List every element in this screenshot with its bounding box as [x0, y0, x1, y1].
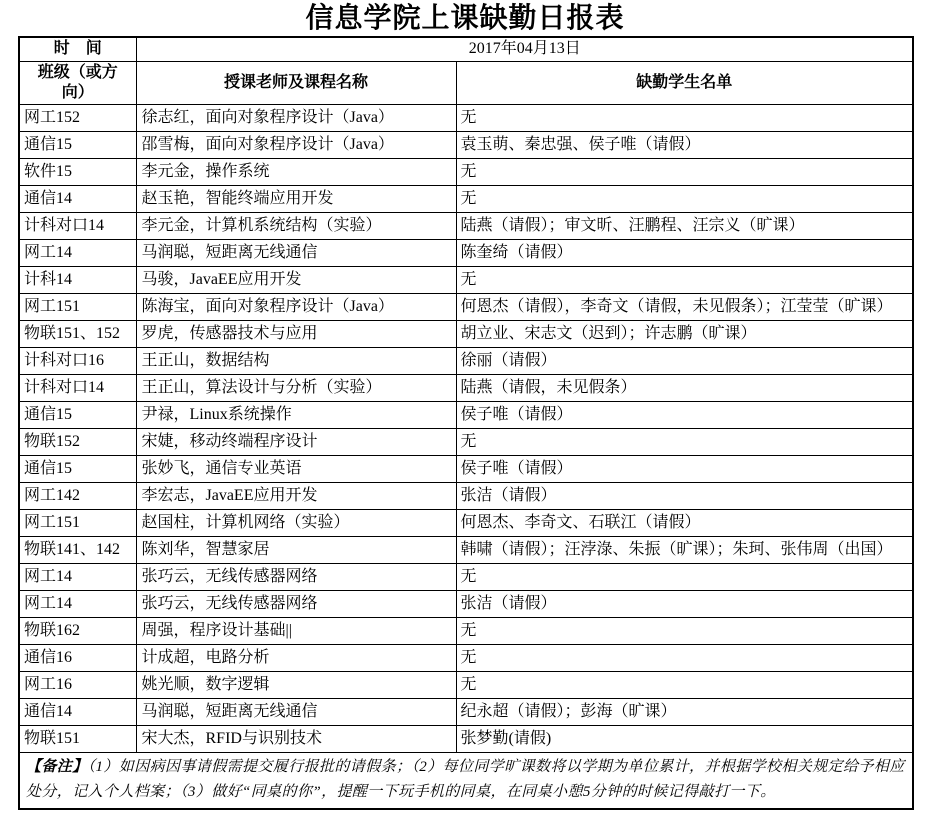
class-cell: 计科对口14 [19, 212, 136, 239]
footer-text: （1）如因病因事请假需提交履行报批的请假条；（2）每位同学旷课数将以学期为单位累… [26, 759, 905, 801]
class-cell: 物联151 [19, 725, 136, 752]
class-cell: 通信16 [19, 644, 136, 671]
class-cell: 计科对口14 [19, 374, 136, 401]
report-page: 信息学院上课缺勤日报表 时 间 2017年04月13日 班级（或方向） 授课老师… [0, 0, 930, 826]
absent-students-cell: 徐丽（请假） [456, 347, 913, 374]
table-row: 计科14 马骏，JavaEE应用开发 无 [19, 266, 913, 293]
absent-students-cell: 胡立业、宋志文（迟到）；许志鹏（旷课） [456, 320, 913, 347]
teacher-course-cell: 计成超，电路分析 [136, 644, 456, 671]
absent-students-cell: 纪永超（请假）；彭海（旷课） [456, 698, 913, 725]
footer-note-cell: 【备注】（1）如因病因事请假需提交履行报批的请假条；（2）每位同学旷课数将以学期… [19, 752, 913, 809]
date-value: 2017年04月13日 [136, 37, 913, 61]
table-footer: 【备注】（1）如因病因事请假需提交履行报批的请假条；（2）每位同学旷课数将以学期… [19, 752, 913, 809]
time-label: 时 间 [19, 37, 136, 61]
teacher-course-cell: 王正山，算法设计与分析（实验） [136, 374, 456, 401]
col-header-teacher: 授课老师及课程名称 [136, 61, 456, 104]
table-row: 软件15 李元金，操作系统 无 [19, 158, 913, 185]
teacher-course-cell: 马润聪，短距离无线通信 [136, 239, 456, 266]
absent-students-cell: 陆燕（请假，未见假条） [456, 374, 913, 401]
column-header-row: 班级（或方向） 授课老师及课程名称 缺勤学生名单 [19, 61, 913, 104]
class-cell: 网工142 [19, 482, 136, 509]
teacher-course-cell: 王正山，数据结构 [136, 347, 456, 374]
absent-students-cell: 无 [456, 428, 913, 455]
absent-students-cell: 张洁（请假） [456, 590, 913, 617]
teacher-course-cell: 李元金，操作系统 [136, 158, 456, 185]
absent-students-cell: 陆燕（请假）；审文昕、汪鹏程、汪宗义（旷课） [456, 212, 913, 239]
teacher-course-cell: 宋大杰，RFID与识别技术 [136, 725, 456, 752]
table-row: 网工14 马润聪，短距离无线通信 陈奎绮（请假） [19, 239, 913, 266]
class-cell: 网工16 [19, 671, 136, 698]
absent-students-cell: 何恩杰、李奇文、石联江（请假） [456, 509, 913, 536]
class-cell: 网工151 [19, 293, 136, 320]
col-header-absent: 缺勤学生名单 [456, 61, 913, 104]
teacher-course-cell: 尹禄，Linux系统操作 [136, 401, 456, 428]
class-cell: 物联141、142 [19, 536, 136, 563]
attendance-table: 时 间 2017年04月13日 班级（或方向） 授课老师及课程名称 缺勤学生名单… [18, 36, 914, 810]
class-cell: 物联162 [19, 617, 136, 644]
teacher-course-cell: 李元金，计算机系统结构（实验） [136, 212, 456, 239]
class-cell: 网工151 [19, 509, 136, 536]
teacher-course-cell: 张妙飞，通信专业英语 [136, 455, 456, 482]
table-row: 通信15 尹禄，Linux系统操作 侯子唯（请假） [19, 401, 913, 428]
class-cell: 网工14 [19, 563, 136, 590]
class-cell: 软件15 [19, 158, 136, 185]
absent-students-cell: 侯子唯（请假） [456, 455, 913, 482]
page-title: 信息学院上课缺勤日报表 [0, 0, 930, 36]
table-row: 通信16 计成超，电路分析 无 [19, 644, 913, 671]
teacher-course-cell: 马润聪，短距离无线通信 [136, 698, 456, 725]
table-row: 网工142 李宏志，JavaEE应用开发 张洁（请假） [19, 482, 913, 509]
absent-students-cell: 无 [456, 158, 913, 185]
class-cell: 网工14 [19, 239, 136, 266]
absent-students-cell: 张梦勤(请假) [456, 725, 913, 752]
table-row: 计科对口14 王正山，算法设计与分析（实验） 陆燕（请假，未见假条） [19, 374, 913, 401]
class-cell: 网工14 [19, 590, 136, 617]
table-row: 网工152 徐志红，面向对象程序设计（Java） 无 [19, 104, 913, 131]
table-row: 物联162 周强，程序设计基础|| 无 [19, 617, 913, 644]
table-row: 网工16 姚光顺，数字逻辑 无 [19, 671, 913, 698]
absent-students-cell: 无 [456, 266, 913, 293]
table-row: 物联151 宋大杰，RFID与识别技术 张梦勤(请假) [19, 725, 913, 752]
table-row: 通信15 邵雪梅，面向对象程序设计（Java） 袁玉萌、秦忠强、侯子唯（请假） [19, 131, 913, 158]
teacher-course-cell: 邵雪梅，面向对象程序设计（Java） [136, 131, 456, 158]
table-row: 网工151 陈海宝，面向对象程序设计（Java） 何恩杰（请假），李奇文（请假，… [19, 293, 913, 320]
table-row: 通信15 张妙飞，通信专业英语 侯子唯（请假） [19, 455, 913, 482]
table-row: 计科对口16 王正山，数据结构 徐丽（请假） [19, 347, 913, 374]
time-row: 时 间 2017年04月13日 [19, 37, 913, 61]
teacher-course-cell: 徐志红，面向对象程序设计（Java） [136, 104, 456, 131]
teacher-course-cell: 宋婕，移动终端程序设计 [136, 428, 456, 455]
table-body: 网工152 徐志红，面向对象程序设计（Java） 无 通信15 邵雪梅，面向对象… [19, 104, 913, 752]
class-cell: 物联151、152 [19, 320, 136, 347]
teacher-course-cell: 张巧云，无线传感器网络 [136, 590, 456, 617]
teacher-course-cell: 李宏志，JavaEE应用开发 [136, 482, 456, 509]
table-header: 时 间 2017年04月13日 班级（或方向） 授课老师及课程名称 缺勤学生名单 [19, 37, 913, 104]
teacher-course-cell: 张巧云，无线传感器网络 [136, 563, 456, 590]
class-cell: 通信14 [19, 185, 136, 212]
absent-students-cell: 无 [456, 104, 913, 131]
table-row: 物联152 宋婕，移动终端程序设计 无 [19, 428, 913, 455]
absent-students-cell: 韩啸（请假）；汪浡淥、朱振（旷课）；朱珂、张伟周（出国） [456, 536, 913, 563]
absent-students-cell: 无 [456, 185, 913, 212]
table-row: 通信14 赵玉艳，智能终端应用开发 无 [19, 185, 913, 212]
teacher-course-cell: 罗虎，传感器技术与应用 [136, 320, 456, 347]
absent-students-cell: 何恩杰（请假），李奇文（请假，未见假条）；江莹莹（旷课） [456, 293, 913, 320]
col-header-class: 班级（或方向） [19, 61, 136, 104]
class-cell: 通信14 [19, 698, 136, 725]
table-row: 通信14 马润聪，短距离无线通信 纪永超（请假）；彭海（旷课） [19, 698, 913, 725]
absent-students-cell: 陈奎绮（请假） [456, 239, 913, 266]
class-cell: 通信15 [19, 401, 136, 428]
absent-students-cell: 袁玉萌、秦忠强、侯子唯（请假） [456, 131, 913, 158]
table-row: 网工14 张巧云，无线传感器网络 无 [19, 563, 913, 590]
absent-students-cell: 无 [456, 563, 913, 590]
class-cell: 通信15 [19, 131, 136, 158]
absent-students-cell: 侯子唯（请假） [456, 401, 913, 428]
table-row: 计科对口14 李元金，计算机系统结构（实验） 陆燕（请假）；审文昕、汪鹏程、汪宗… [19, 212, 913, 239]
class-cell: 网工152 [19, 104, 136, 131]
teacher-course-cell: 赵玉艳，智能终端应用开发 [136, 185, 456, 212]
footer-label: 【备注】 [26, 759, 88, 775]
teacher-course-cell: 赵国柱，计算机网络（实验） [136, 509, 456, 536]
absent-students-cell: 无 [456, 644, 913, 671]
class-cell: 计科14 [19, 266, 136, 293]
teacher-course-cell: 陈刘华，智慧家居 [136, 536, 456, 563]
table-row: 网工151 赵国柱，计算机网络（实验） 何恩杰、李奇文、石联江（请假） [19, 509, 913, 536]
teacher-course-cell: 陈海宝，面向对象程序设计（Java） [136, 293, 456, 320]
class-cell: 计科对口16 [19, 347, 136, 374]
teacher-course-cell: 马骏，JavaEE应用开发 [136, 266, 456, 293]
teacher-course-cell: 姚光顺，数字逻辑 [136, 671, 456, 698]
absent-students-cell: 无 [456, 671, 913, 698]
table-row: 物联151、152 罗虎，传感器技术与应用 胡立业、宋志文（迟到）；许志鹏（旷课… [19, 320, 913, 347]
absent-students-cell: 张洁（请假） [456, 482, 913, 509]
teacher-course-cell: 周强，程序设计基础|| [136, 617, 456, 644]
table-row: 物联141、142 陈刘华，智慧家居 韩啸（请假）；汪浡淥、朱振（旷课）；朱珂、… [19, 536, 913, 563]
absent-students-cell: 无 [456, 617, 913, 644]
table-row: 网工14 张巧云，无线传感器网络 张洁（请假） [19, 590, 913, 617]
class-cell: 通信15 [19, 455, 136, 482]
class-cell: 物联152 [19, 428, 136, 455]
footer-row: 【备注】（1）如因病因事请假需提交履行报批的请假条；（2）每位同学旷课数将以学期… [19, 752, 913, 809]
